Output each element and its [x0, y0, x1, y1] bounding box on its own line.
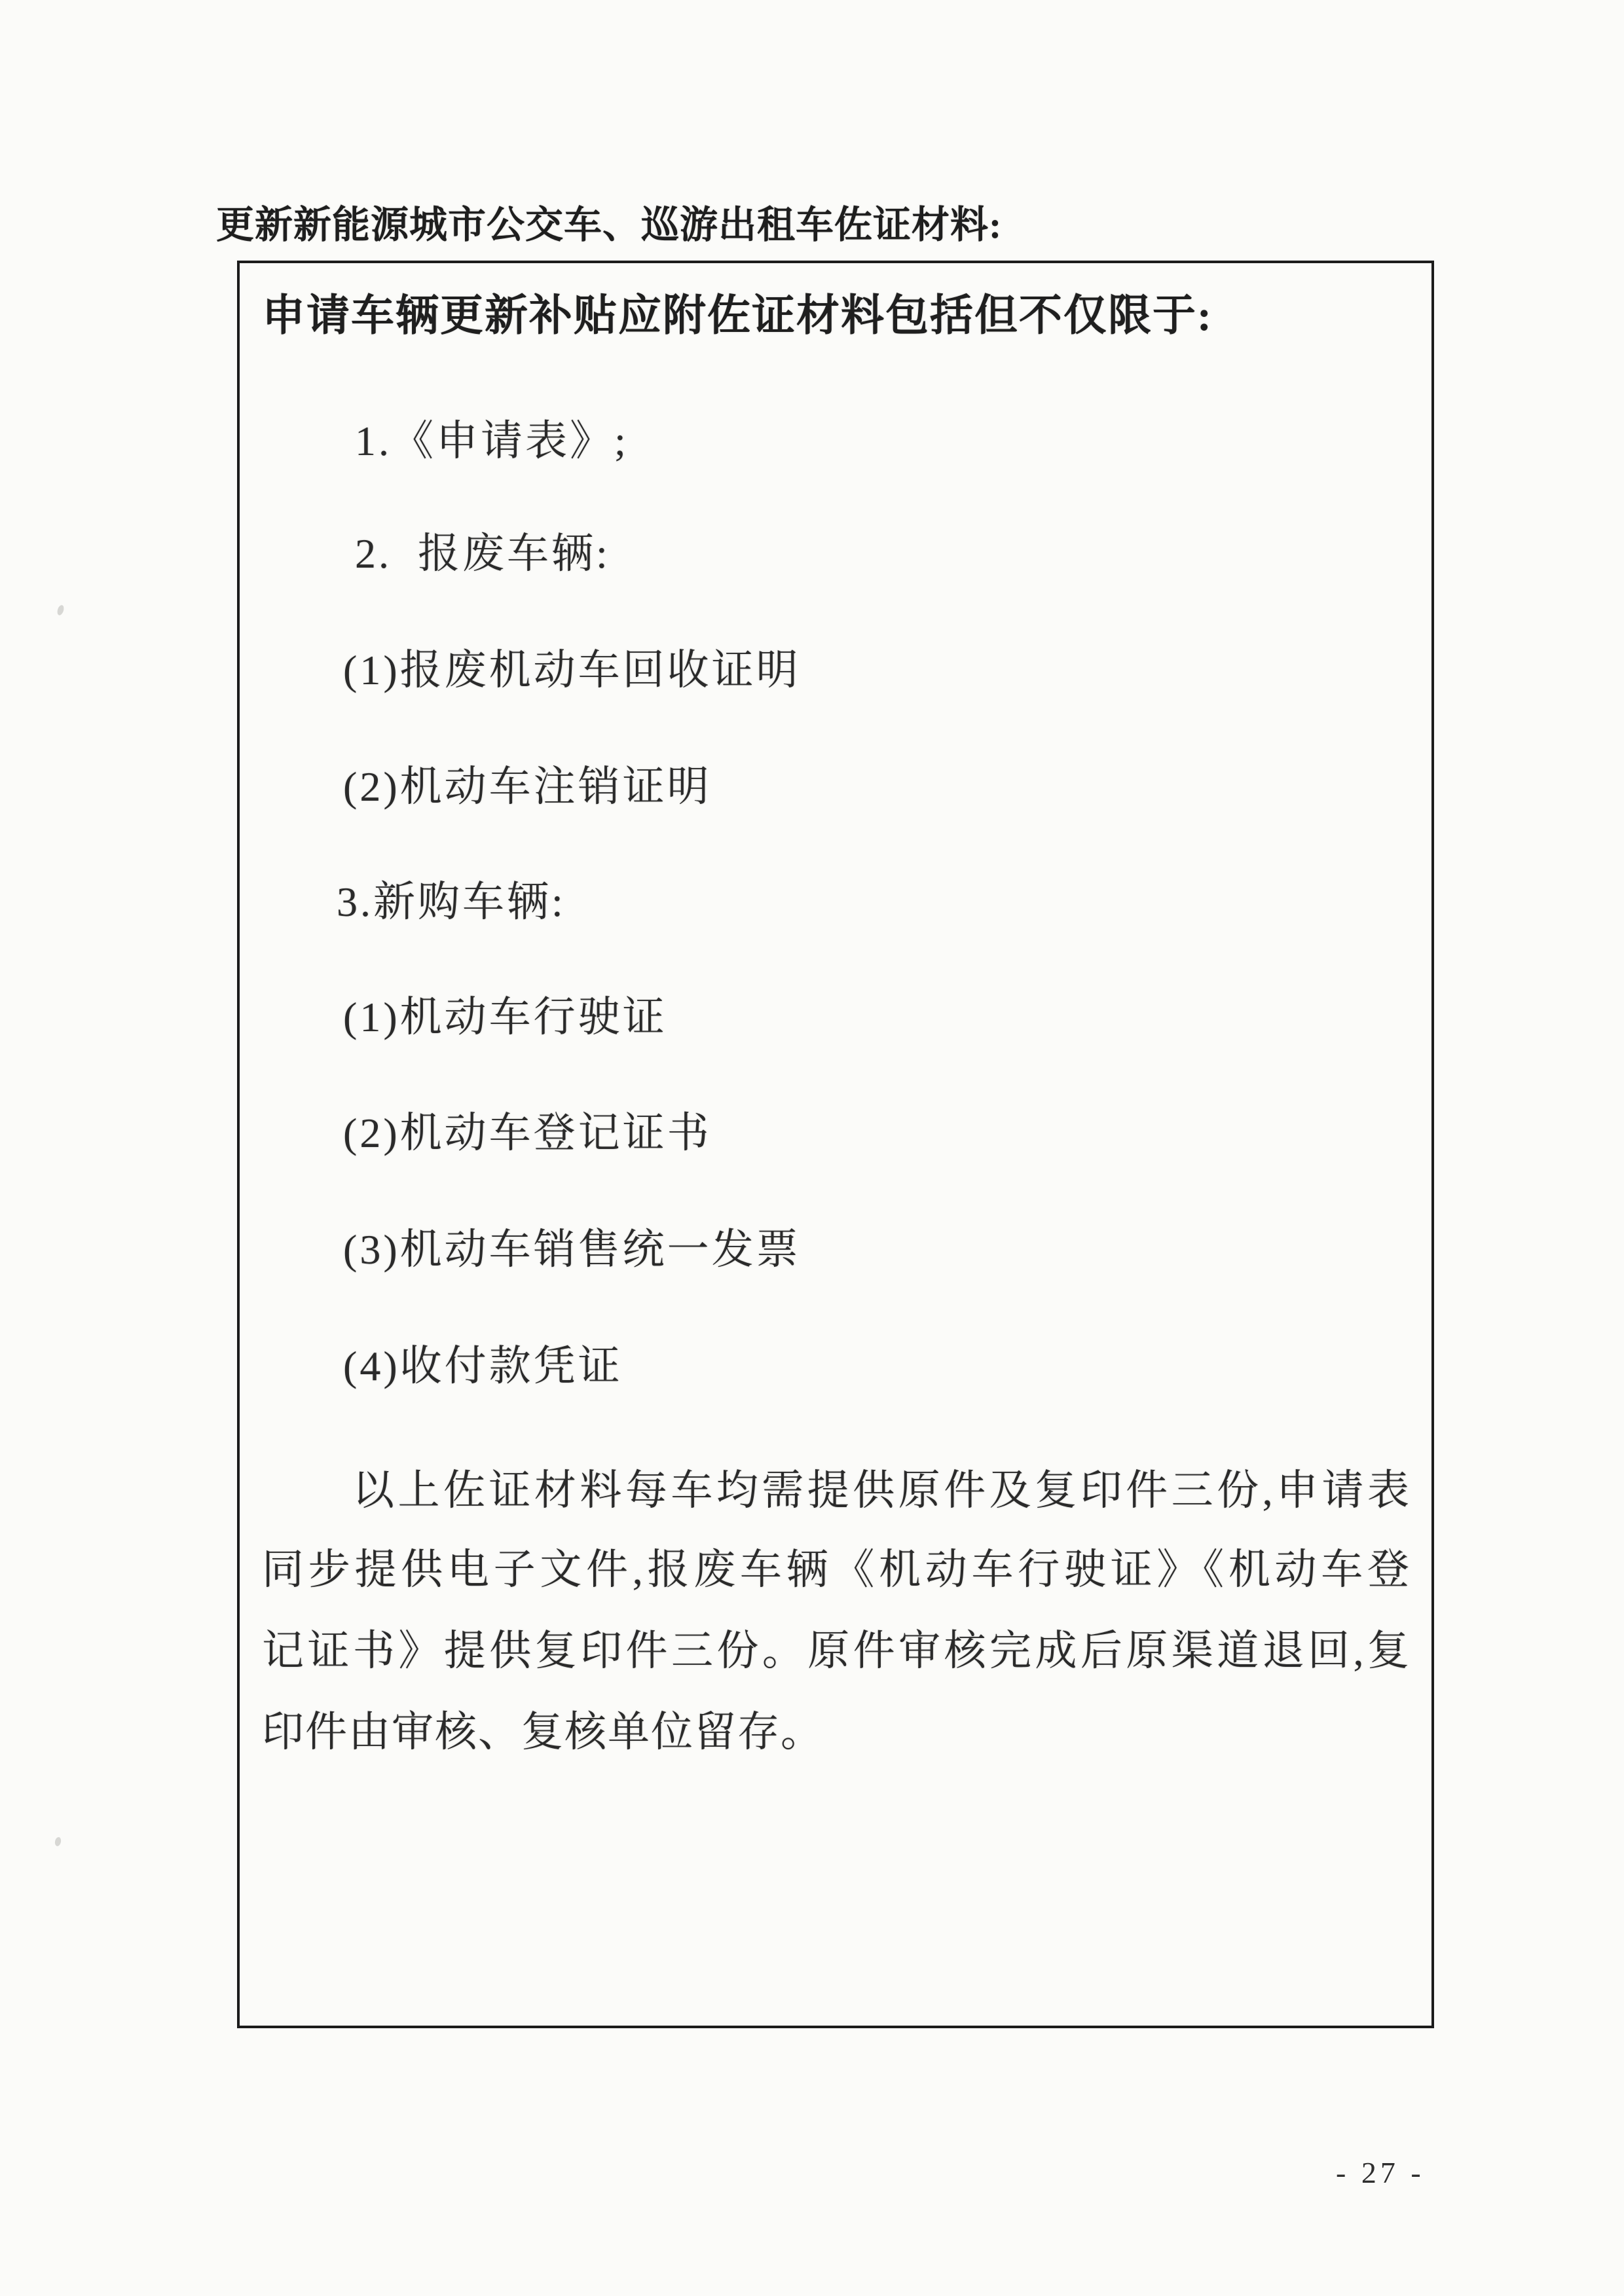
scan-artifact-speck — [56, 604, 65, 616]
materials-list-box: 申请车辆更新补贴应附佐证材料包括但不仅限于: 1.《申请表》; 2. 报废车辆:… — [237, 261, 1434, 2028]
list-item-driving-license: (1)机动车行驶证 — [343, 983, 667, 1044]
list-item-deregistration-certificate: (2)机动车注销证明 — [343, 753, 712, 813]
list-item-registration-certificate: (2)机动车登记证书 — [343, 1099, 712, 1159]
scan-artifact-speck — [54, 1836, 62, 1847]
closing-paragraph-line: 同步提供电子文件,报废车辆《机动车行驶证》《机动车登 — [262, 1536, 1411, 1596]
list-item-scrap-recycling-certificate: (1)报废机动车回收证明 — [343, 636, 801, 697]
closing-paragraph-line: 印件由审核、复核单位留存。 — [262, 1698, 1411, 1758]
list-item-payment-voucher: (4)收付款凭证 — [343, 1332, 623, 1393]
document-title: 更新新能源城市公交车、巡游出租车佐证材料: — [216, 194, 1002, 249]
list-item-new-vehicles: 3.新购车辆: — [337, 868, 566, 928]
list-item-scrapped-vehicles: 2. 报废车辆: — [355, 520, 610, 580]
list-item-sales-invoice: (3)机动车销售统一发票 — [343, 1216, 801, 1276]
scanned-document-page: 更新新能源城市公交车、巡游出租车佐证材料: 申请车辆更新补贴应附佐证材料包括但不… — [0, 0, 1624, 2296]
closing-paragraph-line: 以上佐证材料每车均需提供原件及复印件三份,申请表 — [262, 1457, 1411, 1517]
page-number: - 27 - — [1336, 2155, 1425, 2190]
box-header-text: 申请车辆更新补贴应附佐证材料包括但不仅限于: — [262, 280, 1213, 342]
closing-paragraph-line: 记证书》提供复印件三份。原件审核完成后原渠道退回,复 — [262, 1617, 1411, 1677]
list-item-application-form: 1.《申请表》; — [355, 407, 629, 467]
